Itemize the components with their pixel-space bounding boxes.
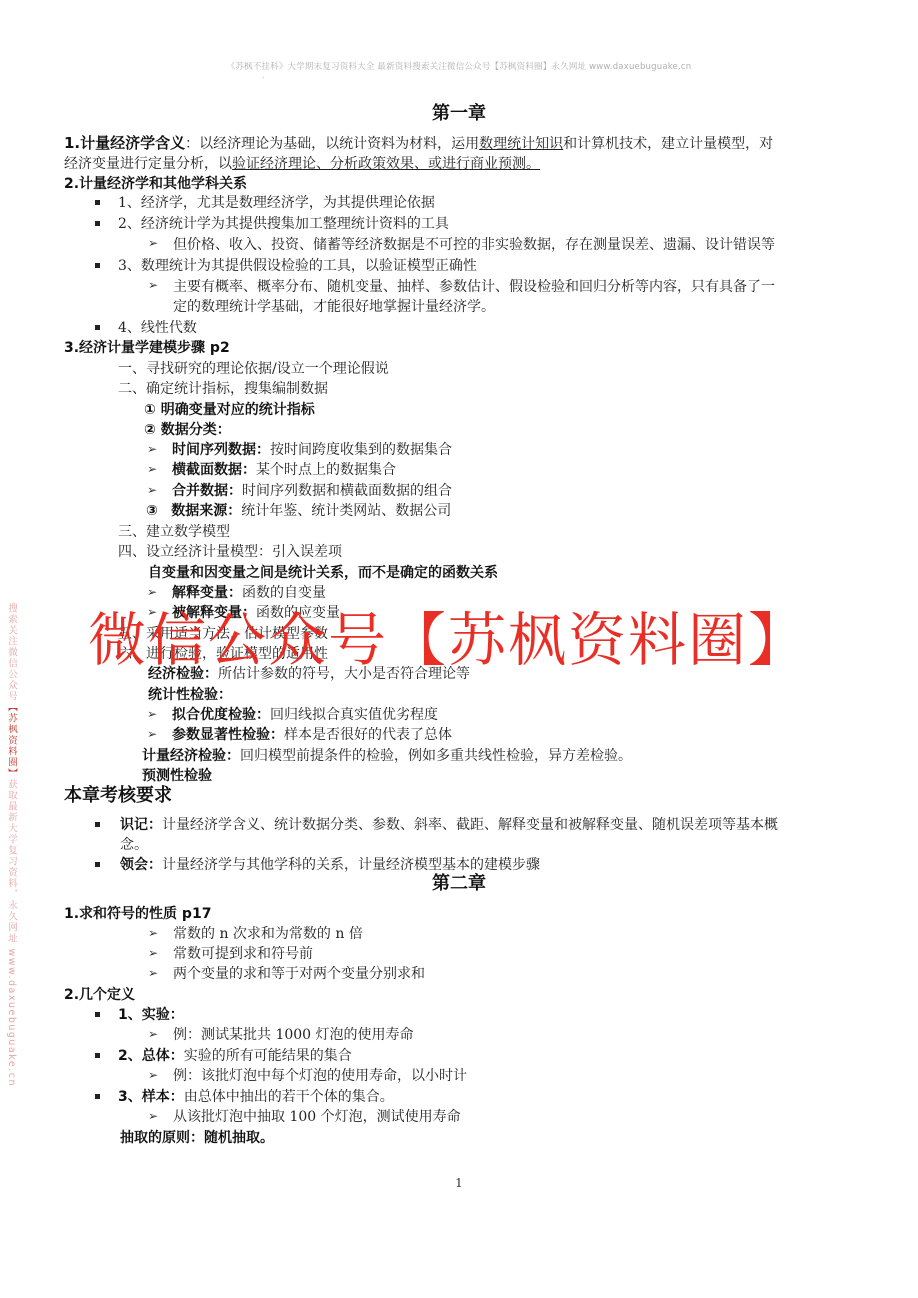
definition-line-2: 经济变量进行定量分析，以验证经济理论、分析政策效果、或进行商业预测。 bbox=[64, 154, 540, 174]
bullet-square-icon bbox=[95, 263, 100, 268]
term-label: 领会： bbox=[120, 857, 162, 873]
bullet-square-icon bbox=[95, 822, 100, 827]
term-label: 经济检验： bbox=[148, 666, 218, 682]
definition-experiment: 1、实验： bbox=[118, 1005, 184, 1025]
term-desc: 由总体中抽出的若干个体的集合。 bbox=[184, 1089, 394, 1105]
list-subitem: 常数的 n 次求和为常数的 n 倍 bbox=[173, 924, 363, 944]
definition-sample: 3、样本：由总体中抽出的若干个体的集合。 bbox=[118, 1087, 394, 1107]
term-label: 横截面数据： bbox=[172, 462, 256, 478]
economic-test: 经济检验：所估计参数的符号，大小是否符合理论等 bbox=[148, 664, 470, 684]
term-label: 2、总体： bbox=[118, 1048, 184, 1064]
bullet-square-icon bbox=[95, 1012, 100, 1017]
arrow-bullet-icon: ➢ bbox=[147, 585, 157, 599]
requirement-memorize-cont: 念。 bbox=[120, 835, 148, 855]
bullet-square-icon bbox=[95, 1094, 100, 1099]
page-number: 1 bbox=[0, 1176, 918, 1190]
requirement-understand: 领会：计量经济学与其他学科的关系，计量经济模型基本的建模步骤 bbox=[120, 855, 540, 875]
significance-test: 参数显著性检验：样本是否很好的代表了总体 bbox=[172, 725, 452, 745]
term-label: 识记： bbox=[120, 817, 162, 833]
step-2: 二、确定统计指标，搜集编制数据 bbox=[118, 379, 328, 399]
term-label: 3、样本： bbox=[118, 1089, 184, 1105]
term-label: 时间序列数据： bbox=[172, 442, 270, 458]
section-heading: 2.计量经济学和其他学科关系 bbox=[64, 174, 247, 194]
term-desc: 实验的所有可能结果的集合 bbox=[184, 1048, 352, 1064]
term-desc: 计量经济学含义、统计数据分类、参数、斜率、截距、解释变量和被解释变量、随机误差项… bbox=[162, 817, 778, 833]
arrow-bullet-icon: ➢ bbox=[148, 966, 158, 980]
circled-number: ③ bbox=[146, 503, 158, 519]
step-3: 三、建立数学模型 bbox=[118, 522, 230, 542]
bullet-square-icon bbox=[95, 200, 100, 205]
arrow-bullet-icon: ➢ bbox=[147, 483, 157, 497]
data-type-pooled: 合并数据：时间序列数据和横截面数据的组合 bbox=[172, 481, 452, 501]
example: 从该批灯泡中抽取 100 个灯泡，测试使用寿命 bbox=[173, 1107, 461, 1127]
arrow-bullet-icon: ➢ bbox=[147, 727, 157, 741]
term-desc: 计量经济学与其他学科的关系，计量经济模型基本的建模步骤 bbox=[162, 857, 540, 873]
term-label: 参数显著性检验： bbox=[172, 727, 284, 743]
bullet-square-icon bbox=[95, 221, 100, 226]
term-desc: 函数的应变量 bbox=[256, 605, 340, 621]
example: 例：测试某批共 1000 灯泡的使用寿命 bbox=[173, 1025, 414, 1045]
goodness-of-fit-test: 拟合优度检验：回归线拟合真实值优劣程度 bbox=[172, 705, 438, 725]
chapter2-title: 第二章 bbox=[0, 874, 918, 894]
term-desc: 按时间跨度收集到的数据集合 bbox=[270, 442, 452, 458]
arrow-bullet-icon: ➢ bbox=[148, 1027, 158, 1041]
step-4: 四、设立经济计量模型：引入误差项 bbox=[118, 542, 342, 562]
step-2-item-1: ① 明确变量对应的统计指标 bbox=[144, 400, 315, 420]
dependent-variable: 被解释变量：函数的应变量 bbox=[172, 603, 340, 623]
data-type-cross-section: 横截面数据：某个时点上的数据集合 bbox=[172, 460, 396, 480]
section-heading: 3.经济计量学建模步骤 p2 bbox=[64, 338, 230, 358]
definition-underline: 验证经济理论、分析政策效果、或进行商业预测。 bbox=[232, 156, 540, 172]
arrow-bullet-icon: ➢ bbox=[148, 1068, 158, 1082]
bullet-square-icon bbox=[95, 1053, 100, 1058]
arrow-bullet-icon: ➢ bbox=[148, 278, 158, 292]
econometric-test: 计量经济检验：回归模型前提条件的检验，例如多重共线性检验，异方差检验。 bbox=[142, 746, 632, 766]
section-heading: 1.求和符号的性质 p17 bbox=[64, 904, 211, 924]
term-desc: 所估计参数的符号，大小是否符合理论等 bbox=[218, 666, 470, 682]
list-subitem: 但价格、收入、投资、储蓄等经济数据是不可控的非实验数据，存在测量误差、遗漏、设计… bbox=[173, 235, 775, 255]
step-1: 一、寻找研究的理论依据/设立一个理论假说 bbox=[118, 359, 389, 379]
list-item: 1、经济学，尤其是数理经济学，为其提供理论依据 bbox=[118, 193, 435, 213]
arrow-bullet-icon: ➢ bbox=[147, 462, 157, 476]
example: 例：该批灯泡中每个灯泡的使用寿命，以小时计 bbox=[173, 1066, 467, 1086]
term-label: 拟合优度检验： bbox=[172, 707, 270, 723]
step-2-item-3: ③ 数据来源：统计年鉴、统计类网站、数据公司 bbox=[146, 501, 451, 521]
step-5: 五、采用适当方法，估计模型参数 bbox=[118, 624, 328, 644]
term-label: 解释变量： bbox=[172, 585, 242, 601]
list-subitem: 主要有概率、概率分布、随机变量、抽样、参数估计、假设检验和回归分析等内容，只有具… bbox=[173, 277, 775, 297]
bullet-square-icon bbox=[95, 862, 100, 867]
term-label: 计量经济检验： bbox=[142, 748, 240, 764]
list-subitem: 两个变量的求和等于对两个变量分别求和 bbox=[173, 964, 425, 984]
arrow-bullet-icon: ➢ bbox=[147, 605, 157, 619]
forecast-test: 预测性检验 bbox=[142, 766, 212, 786]
term-label: 合并数据： bbox=[172, 483, 242, 499]
term-label: 数据来源： bbox=[171, 503, 241, 519]
list-item: 2、经济统计学为其提供搜集加工整理统计资料的工具 bbox=[118, 214, 449, 234]
explanatory-variable: 解释变量：函数的自变量 bbox=[172, 583, 326, 603]
page-header: 《苏枫不挂科》大学期末复习资料大全 最新资料搜索关注微信公众号【苏枫资料圈】永久… bbox=[0, 60, 918, 72]
definition-text: 经济变量进行定量分析，以 bbox=[64, 156, 232, 172]
side-banner-part3: 获取最新大学复习资料，永久网址 www.daxuebuguake.cn bbox=[6, 779, 17, 1087]
term-desc: 回归模型前提条件的检验，例如多重共线性检验，异方差检验。 bbox=[240, 748, 632, 764]
sampling-principle: 抽取的原则：随机抽取。 bbox=[120, 1128, 274, 1148]
term-desc: 回归线拟合真实值优劣程度 bbox=[270, 707, 438, 723]
side-banner-part1: 搜索关注微信公众号 bbox=[6, 603, 17, 702]
term-desc: 统计年鉴、统计类网站、数据公司 bbox=[241, 503, 451, 519]
arrow-bullet-icon: ➢ bbox=[148, 926, 158, 940]
arrow-bullet-icon: ➢ bbox=[147, 707, 157, 721]
requirements-title: 本章考核要求 bbox=[64, 786, 172, 806]
term-desc: 某个时点上的数据集合 bbox=[256, 462, 396, 478]
definition-text: 和计算机技术，建立计量模型，对 bbox=[563, 136, 773, 152]
statistical-test: 统计性检验： bbox=[148, 685, 232, 705]
arrow-bullet-icon: ➢ bbox=[148, 946, 158, 960]
list-item: 4、线性代数 bbox=[118, 318, 197, 338]
list-item: 3、数理统计为其提供假设检验的工具，以验证模型正确性 bbox=[118, 256, 477, 276]
section-heading: 2.几个定义 bbox=[64, 985, 135, 1005]
definition-line-1: 1.计量经济学含义：以经济理论为基础，以统计资料为材料，运用数理统计知识和计算机… bbox=[64, 133, 773, 154]
step-2-item-2: ② 数据分类： bbox=[144, 420, 231, 440]
definition-text: ：以经济理论为基础，以统计资料为材料，运用 bbox=[185, 136, 479, 152]
arrow-bullet-icon: ➢ bbox=[147, 442, 157, 456]
arrow-bullet-icon: ➢ bbox=[148, 236, 158, 250]
term-desc: 时间序列数据和横截面数据的组合 bbox=[242, 483, 452, 499]
definition-population: 2、总体：实验的所有可能结果的集合 bbox=[118, 1046, 352, 1066]
definition-underline: 数理统计知识 bbox=[479, 136, 563, 152]
list-subitem-cont: 定的数理统计学基础，才能很好地掌握计量经济学。 bbox=[173, 297, 495, 317]
bullet-square-icon bbox=[95, 325, 100, 330]
chapter1-title: 第一章 bbox=[0, 104, 918, 124]
header-mark: ， bbox=[262, 70, 269, 80]
arrow-bullet-icon: ➢ bbox=[148, 1109, 158, 1123]
term-desc: 函数的自变量 bbox=[242, 585, 326, 601]
term-desc: 样本是否很好的代表了总体 bbox=[284, 727, 452, 743]
side-banner-part2: 【苏枫资料圈】 bbox=[6, 702, 17, 779]
side-banner: 搜索关注微信公众号【苏枫资料圈】获取最新大学复习资料，永久网址 www.daxu… bbox=[4, 603, 18, 1087]
list-subitem: 常数可提到求和符号前 bbox=[173, 944, 313, 964]
data-type-time-series: 时间序列数据：按时间跨度收集到的数据集合 bbox=[172, 440, 452, 460]
term-label: 被解释变量： bbox=[172, 605, 256, 621]
step-6: 六、进行检验，验证模型的适用性 bbox=[118, 644, 328, 664]
requirement-memorize: 识记：计量经济学含义、统计数据分类、参数、斜率、截距、解释变量和被解释变量、随机… bbox=[120, 815, 778, 835]
relation-note: 自变量和因变量之间是统计关系，而不是确定的函数关系 bbox=[148, 563, 498, 583]
definition-label: 1.计量经济学含义 bbox=[64, 134, 185, 152]
